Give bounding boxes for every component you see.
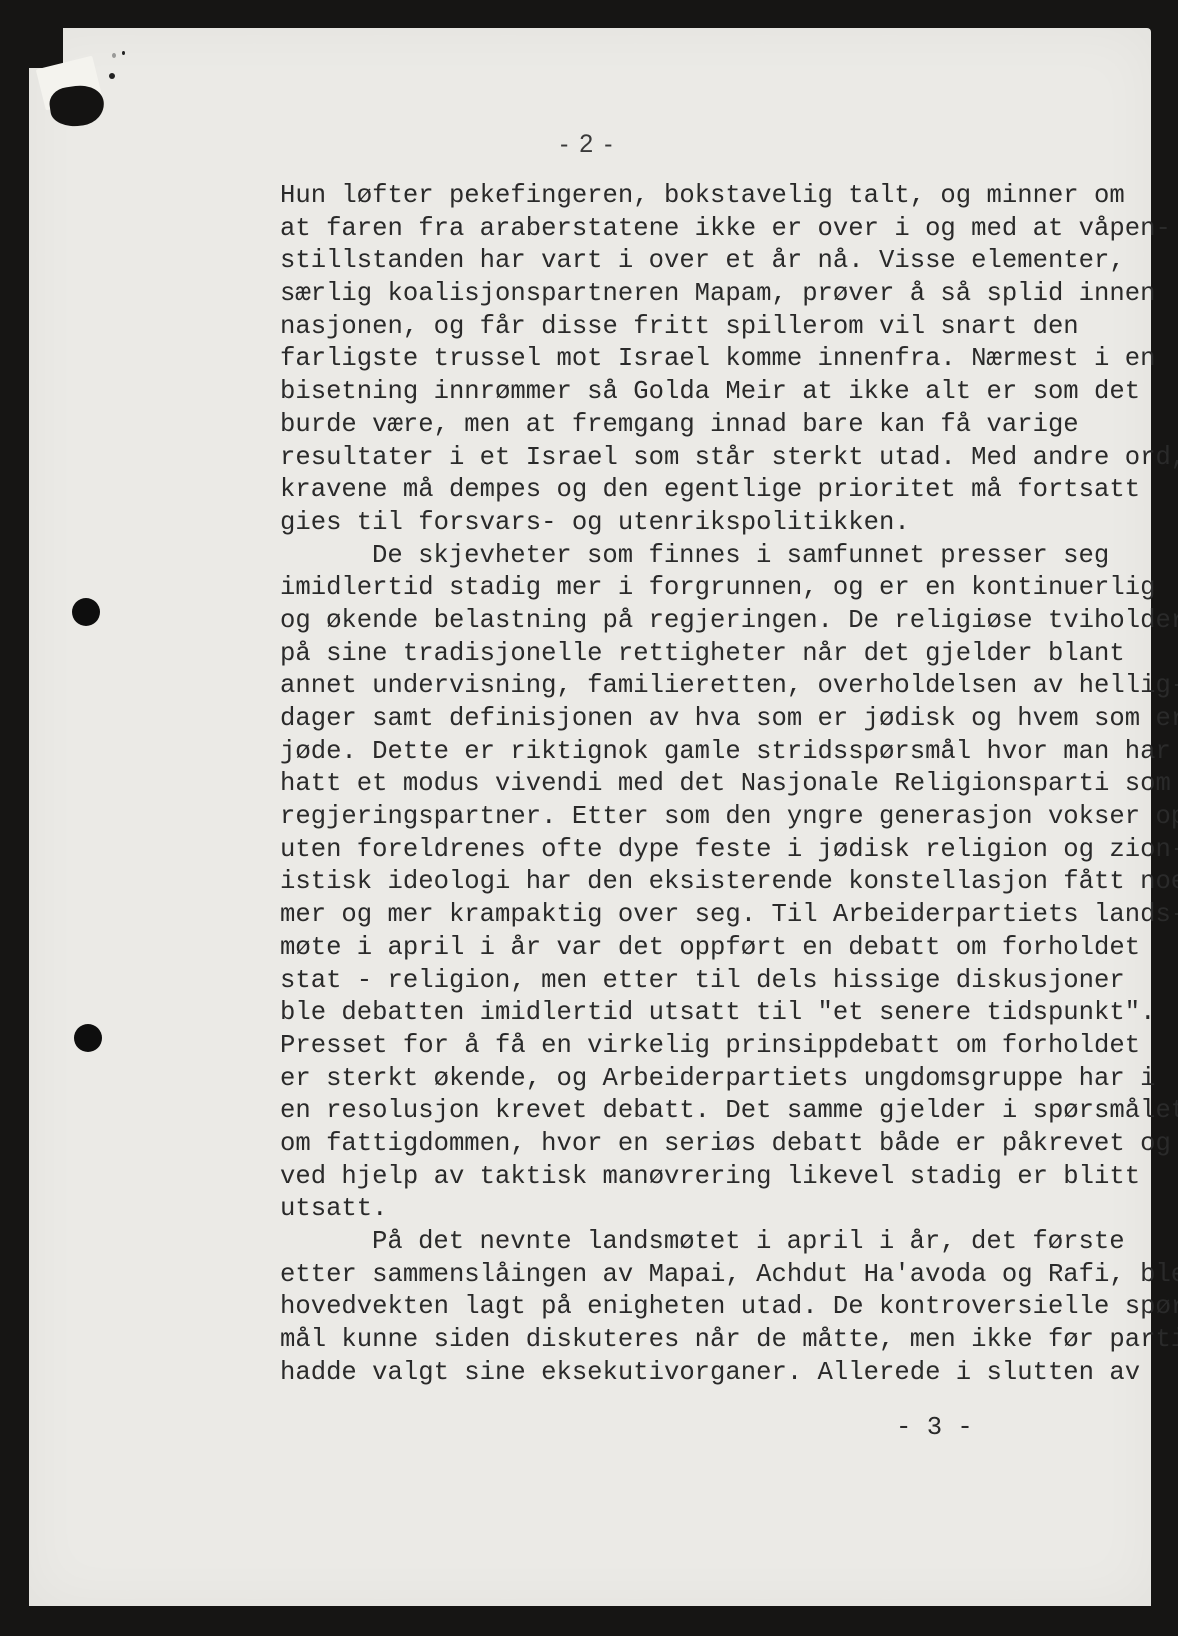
text-line: stillstanden har vart i over et år nå. V… xyxy=(280,245,1140,278)
header-page-number: - 2 - xyxy=(560,130,614,159)
text-line: imidlertid stadig mer i forgrunnen, og e… xyxy=(280,572,1140,605)
text-line: regjeringspartner. Etter som den yngre g… xyxy=(280,801,1140,834)
text-line: annet undervisning, familieretten, overh… xyxy=(280,670,1140,703)
text-line: bisetning innrømmer så Golda Meir at ikk… xyxy=(280,376,1140,409)
punch-hole-upper xyxy=(72,598,100,626)
text-line: Hun løfter pekefingeren, bokstavelig tal… xyxy=(280,180,1140,213)
text-line: utsatt. xyxy=(280,1193,1140,1226)
torn-corner xyxy=(29,28,63,68)
speck xyxy=(109,73,115,79)
text-line: særlig koalisjonspartneren Mapam, prøver… xyxy=(280,278,1140,311)
text-line: hatt et modus vivendi med det Nasjonale … xyxy=(280,768,1140,801)
text-line: hadde valgt sine eksekutivorganer. Aller… xyxy=(280,1357,1140,1390)
text-line: ved hjelp av taktisk manøvrering likevel… xyxy=(280,1161,1140,1194)
text-line: Presset for å få en virkelig prinsippdeb… xyxy=(280,1030,1140,1063)
text-line: stat - religion, men etter til dels hiss… xyxy=(280,965,1140,998)
text-line: om fattigdommen, hvor en seriøs debatt b… xyxy=(280,1128,1140,1161)
text-line: mer og mer krampaktig over seg. Til Arbe… xyxy=(280,899,1140,932)
body-text: Hun løfter pekefingeren, bokstavelig tal… xyxy=(280,180,1140,1389)
text-line: gies til forsvars- og utenrikspolitikken… xyxy=(280,507,1140,540)
text-line: etter sammenslåingen av Mapai, Achdut Ha… xyxy=(280,1259,1140,1292)
text-line: mål kunne siden diskuteres når de måtte,… xyxy=(280,1324,1140,1357)
text-line: er sterkt økende, og Arbeiderpartiets un… xyxy=(280,1063,1140,1096)
text-line: ble debatten imidlertid utsatt til "et s… xyxy=(280,997,1140,1030)
text-line: møte i april i år var det oppført en deb… xyxy=(280,932,1140,965)
speck xyxy=(122,51,125,55)
text-line: farligste trussel mot Israel komme innen… xyxy=(280,343,1140,376)
text-line: hovedvekten lagt på enigheten utad. De k… xyxy=(280,1291,1140,1324)
text-line: nasjonen, og får disse fritt spillerom v… xyxy=(280,311,1140,344)
text-line: en resolusjon krevet debatt. Det samme g… xyxy=(280,1095,1140,1128)
text-line: burde være, men at fremgang innad bare k… xyxy=(280,409,1140,442)
text-line: og økende belastning på regjeringen. De … xyxy=(280,605,1140,638)
text-line: istisk ideologi har den eksisterende kon… xyxy=(280,866,1140,899)
text-line: uten foreldrenes ofte dype feste i jødis… xyxy=(280,834,1140,867)
text-line: dager samt definisjonen av hva som er jø… xyxy=(280,703,1140,736)
text-line: at faren fra araberstatene ikke er over … xyxy=(280,213,1140,246)
punch-hole-lower xyxy=(74,1024,102,1052)
text-line: kravene må dempes og den egentlige prior… xyxy=(280,474,1140,507)
text-line: jøde. Dette er riktignok gamle stridsspø… xyxy=(280,736,1140,769)
speck xyxy=(112,53,116,58)
text-line: på sine tradisjonelle rettigheter når de… xyxy=(280,638,1140,671)
text-line: På det nevnte landsmøtet i april i år, d… xyxy=(280,1226,1140,1259)
footer-page-number: - 3 - xyxy=(896,1413,973,1442)
text-line: resultater i et Israel som står sterkt u… xyxy=(280,442,1140,475)
text-line: De skjevheter som finnes i samfunnet pre… xyxy=(280,540,1140,573)
